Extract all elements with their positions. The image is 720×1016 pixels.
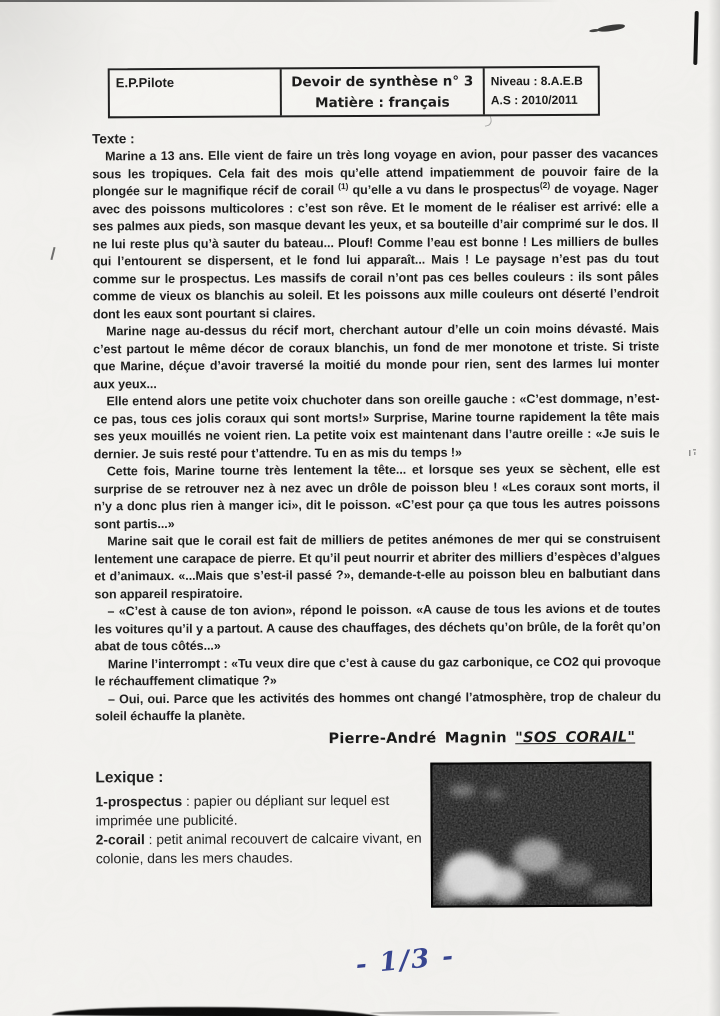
paragraph-3: Elle entend alors une petite voix chucho… [93,390,659,463]
page-content: E.P.Pilote Devoir de synthèse n° 3 Matiè… [0,0,720,1016]
paragraph-1: Marine a 13 ans. Elle vient de faire un … [92,145,659,323]
footnote-ref-1: (1) [338,181,348,191]
lexique-entry-2: 2-corail : petit animal recouvert de cal… [96,829,434,869]
lexique-def-2: : petit animal recouvert de calcaire viv… [96,831,422,867]
paragraph-2: Marine nage au-dessus du récif mort, che… [93,320,659,393]
coral-photo-image [432,763,650,905]
paragraph-7: Marine l’interrompt : «Tu veux dire que … [95,653,661,691]
lexique-term-2: 2-corail [96,832,145,847]
school-year-label: A.S : 2010/2011 [491,91,592,111]
author-name: Pierre-André Magnin [328,730,507,747]
lexique-heading: Lexique : [95,768,433,788]
lexique-term-1: 1-prospectus [95,794,182,809]
coral-photo [430,761,652,907]
doc-title-line2: Matière : français [288,92,477,114]
header-table: E.P.Pilote Devoir de synthèse n° 3 Matiè… [108,66,600,119]
footnote-ref-2: (2) [540,180,550,190]
paragraph-1-text-b: qu’elle a vu dans le prospectus [348,182,540,197]
work-title: "SOS CORAIL" [515,729,635,746]
paragraph-6: – «C’est à cause de ton avion», répond l… [94,600,660,655]
paragraph-5: Marine sait que le corail est fait de mi… [94,530,660,603]
lexique-entry-1: 1-prospectus : papier ou dépliant sur le… [95,791,433,831]
header-school-cell: E.P.Pilote [110,69,282,116]
level-label: Niveau : 8.A.E.B [491,72,592,92]
text-section-label: Texte : [92,128,658,146]
school-name: E.P.Pilote [116,75,174,90]
header-meta-cell: Niveau : 8.A.E.B A.S : 2010/2011 [485,68,598,115]
text-section: Texte : Marine a 13 ans. Elle vient de f… [92,128,661,747]
paragraph-1-text-c: de voyage. Nager avec des poissons multi… [92,181,659,320]
header-title-cell: Devoir de synthèse n° 3 Matière : frança… [282,68,485,115]
doc-title-line1: Devoir de synthèse n° 3 [288,71,477,93]
page-number-handwritten: - 1/3 - [309,937,501,984]
scanned-page: E.P.Pilote Devoir de synthèse n° 3 Matiè… [0,0,720,1016]
paragraph-4: Cette fois, Marine tourne très lentement… [94,460,660,533]
author-credit: Pierre-André Magnin "SOS CORAIL" [95,729,661,748]
lexique-section: Lexique : 1-prospectus : papier ou dépli… [95,768,434,869]
paragraph-8: – Oui, oui. Parce que les activités des … [95,688,661,726]
